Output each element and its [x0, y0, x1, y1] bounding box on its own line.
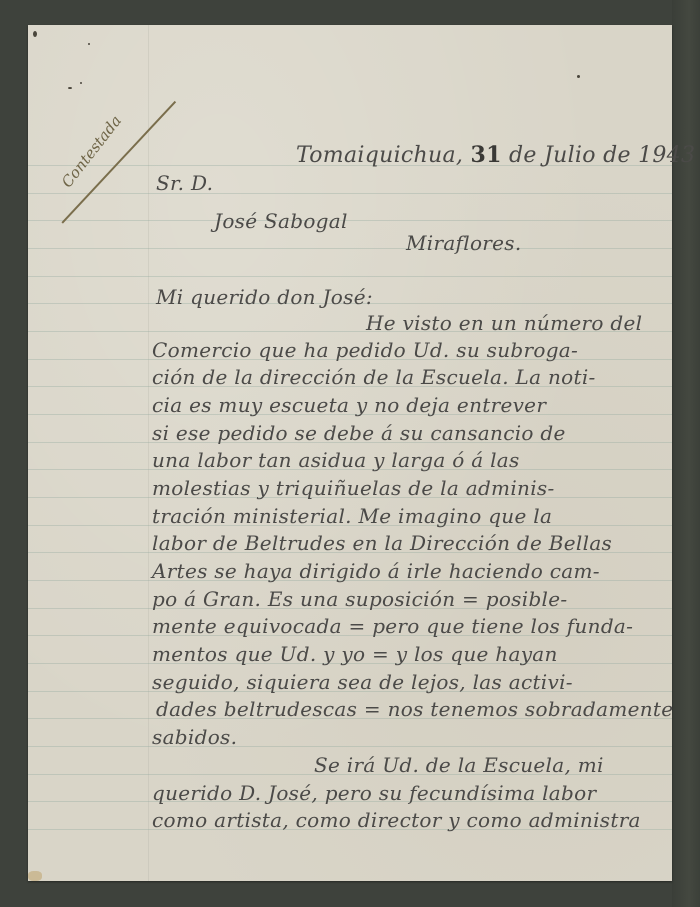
body-line: ción de la dirección de la Escuela. La n…	[152, 367, 596, 387]
ruled-line	[28, 220, 672, 221]
body-line: cia es muy escueta y no deja entrever	[152, 395, 546, 415]
body-line: sabidos.	[152, 727, 237, 747]
paper-speck	[577, 75, 580, 78]
date-rest: de Julio de 1943	[509, 143, 695, 168]
ruled-line	[28, 193, 672, 194]
body-line: dades beltrudescas = nos tenemos sobrada…	[156, 699, 673, 719]
body-line: Comercio que ha pedido Ud. su subroga-	[152, 340, 578, 360]
place: Tomaiquichua,	[296, 143, 463, 168]
body-line: como artista, como director y como admin…	[152, 810, 641, 830]
date-day: 31	[470, 142, 501, 168]
body-line: si ese pedido se debe á su cansancio de	[152, 423, 566, 443]
body-line: He visto en un número del	[366, 313, 642, 333]
body-line: Artes se haya dirigido á irle haciendo c…	[152, 561, 600, 581]
letter-page: Contestada Tomaiquichua, 31 de Julio de …	[28, 25, 672, 881]
paper-speck	[88, 43, 90, 45]
body-line: tración ministerial. Me imagino que la	[152, 506, 552, 526]
body-line: querido D. José, pero su fecundísima lab…	[152, 783, 596, 803]
paper-speck	[68, 87, 72, 89]
place-date: Tomaiquichua, 31 de Julio de 1943	[296, 144, 695, 167]
body-line: labor de Beltrudes en la Dirección de Be…	[152, 533, 612, 553]
scan-backdrop	[672, 0, 700, 907]
ruled-line	[28, 746, 672, 747]
addressee-name: José Sabogal	[214, 211, 348, 231]
body-line: mente equivocada = pero que tiene los fu…	[152, 616, 633, 636]
margin-line	[148, 25, 149, 881]
paper-stain	[28, 871, 42, 881]
ruled-line	[28, 248, 672, 249]
paper-speck	[80, 82, 82, 84]
body-line: Se irá Ud. de la Escuela, mi	[314, 755, 604, 775]
body-line: po á Gran. Es una suposición = posible-	[152, 589, 567, 609]
body-line: seguido, siquiera sea de lejos, las acti…	[152, 672, 573, 692]
annotation-contestada: Contestada	[58, 112, 125, 191]
addressee-location: Miraflores.	[406, 233, 522, 253]
body-line: una labor tan asidua y larga ó á las	[152, 450, 520, 470]
body-line: molestias y triquiñuelas de la adminis-	[152, 478, 555, 498]
body-line: mentos que Ud. y yo = y los que hayan	[152, 644, 558, 664]
addressee-honorific: Sr. D.	[156, 173, 213, 193]
paper-speck	[33, 31, 37, 37]
salutation: Mi querido don José:	[156, 287, 373, 307]
ruled-line	[28, 276, 672, 277]
